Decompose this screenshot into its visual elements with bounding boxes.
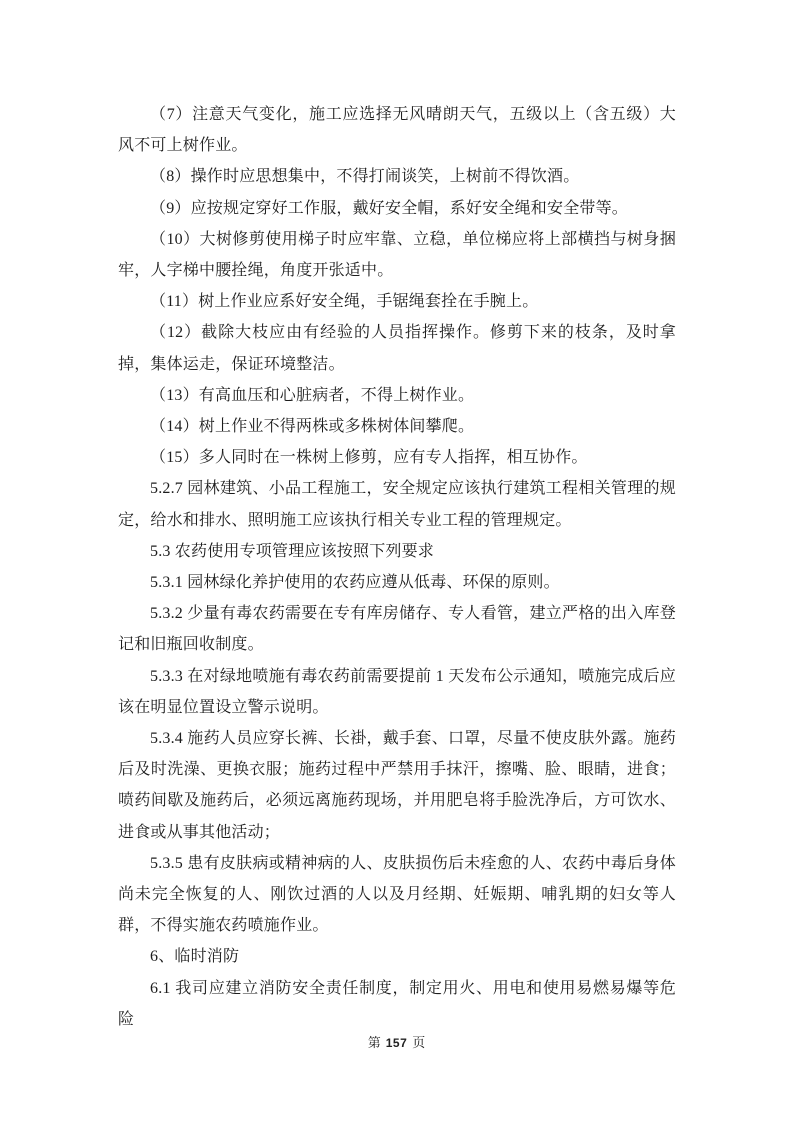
paragraph-item-11: （11）树上作业应系好安全绳，手锯绳套拴在手腕上。 bbox=[118, 286, 676, 317]
paragraph-clause-5-3-3: 5.3.3 在对绿地喷施有毒农药前需要提前 1 天发布公示通知，喷施完成后应该在… bbox=[118, 661, 676, 723]
document-page: （7）注意天气变化，施工应选择无风晴朗天气，五级以上（含五级）大风不可上树作业。… bbox=[0, 0, 793, 1122]
document-body: （7）注意天气变化，施工应选择无风晴朗天气，五级以上（含五级）大风不可上树作业。… bbox=[118, 99, 676, 1035]
paragraph-item-10: （10）大树修剪使用梯子时应牢靠、立稳，单位梯应将上部横挡与树身捆牢，人字梯中腰… bbox=[118, 224, 676, 286]
footer-label-suffix: 页 bbox=[412, 1035, 425, 1050]
paragraph-clause-6-1: 6.1 我司应建立消防安全责任制度，制定用火、用电和使用易燃易爆等危险 bbox=[118, 973, 676, 1035]
paragraph-clause-5-2-7: 5.2.7 园林建筑、小品工程施工，安全规定应该执行建筑工程相关管理的规定，给水… bbox=[118, 473, 676, 535]
paragraph-clause-5-3-4: 5.3.4 施药人员应穿长裤、长褂，戴手套、口罩，尽量不使皮肤外露。施药后及时洗… bbox=[118, 723, 676, 848]
paragraph-item-14: （14）树上作业不得两株或多株树体间攀爬。 bbox=[118, 411, 676, 442]
footer-label-prefix: 第 bbox=[368, 1035, 381, 1050]
paragraph-clause-5-3-1: 5.3.1 园林绿化养护使用的农药应遵从低毒、环保的原则。 bbox=[118, 567, 676, 598]
paragraph-item-12: （12）截除大枝应由有经验的人员指挥操作。修剪下来的枝条，及时拿掉，集体运走，保… bbox=[118, 317, 676, 379]
paragraph-clause-5-3-5: 5.3.5 患有皮肤病或精神病的人、皮肤损伤后未痊愈的人、农药中毒后身体尚未完全… bbox=[118, 848, 676, 942]
page-number: 157 bbox=[386, 1036, 408, 1050]
paragraph-item-8: （8）操作时应思想集中，不得打闹谈笑，上树前不得饮酒。 bbox=[118, 161, 676, 192]
paragraph-item-7: （7）注意天气变化，施工应选择无风晴朗天气，五级以上（含五级）大风不可上树作业。 bbox=[118, 99, 676, 161]
heading-section-6: 6、临时消防 bbox=[118, 941, 676, 972]
paragraph-item-13: （13）有高血压和心脏病者，不得上树作业。 bbox=[118, 380, 676, 411]
paragraph-item-15: （15）多人同时在一株树上修剪，应有专人指挥，相互协作。 bbox=[118, 442, 676, 473]
paragraph-item-9: （9）应按规定穿好工作服，戴好安全帽，系好安全绳和安全带等。 bbox=[118, 193, 676, 224]
heading-clause-5-3: 5.3 农药使用专项管理应该按照下列要求 bbox=[118, 536, 676, 567]
paragraph-clause-5-3-2: 5.3.2 少量有毒农药需要在专有库房储存、专人看管，建立严格的出入库登记和旧瓶… bbox=[118, 598, 676, 660]
page-footer: 第157页 bbox=[0, 1033, 793, 1053]
